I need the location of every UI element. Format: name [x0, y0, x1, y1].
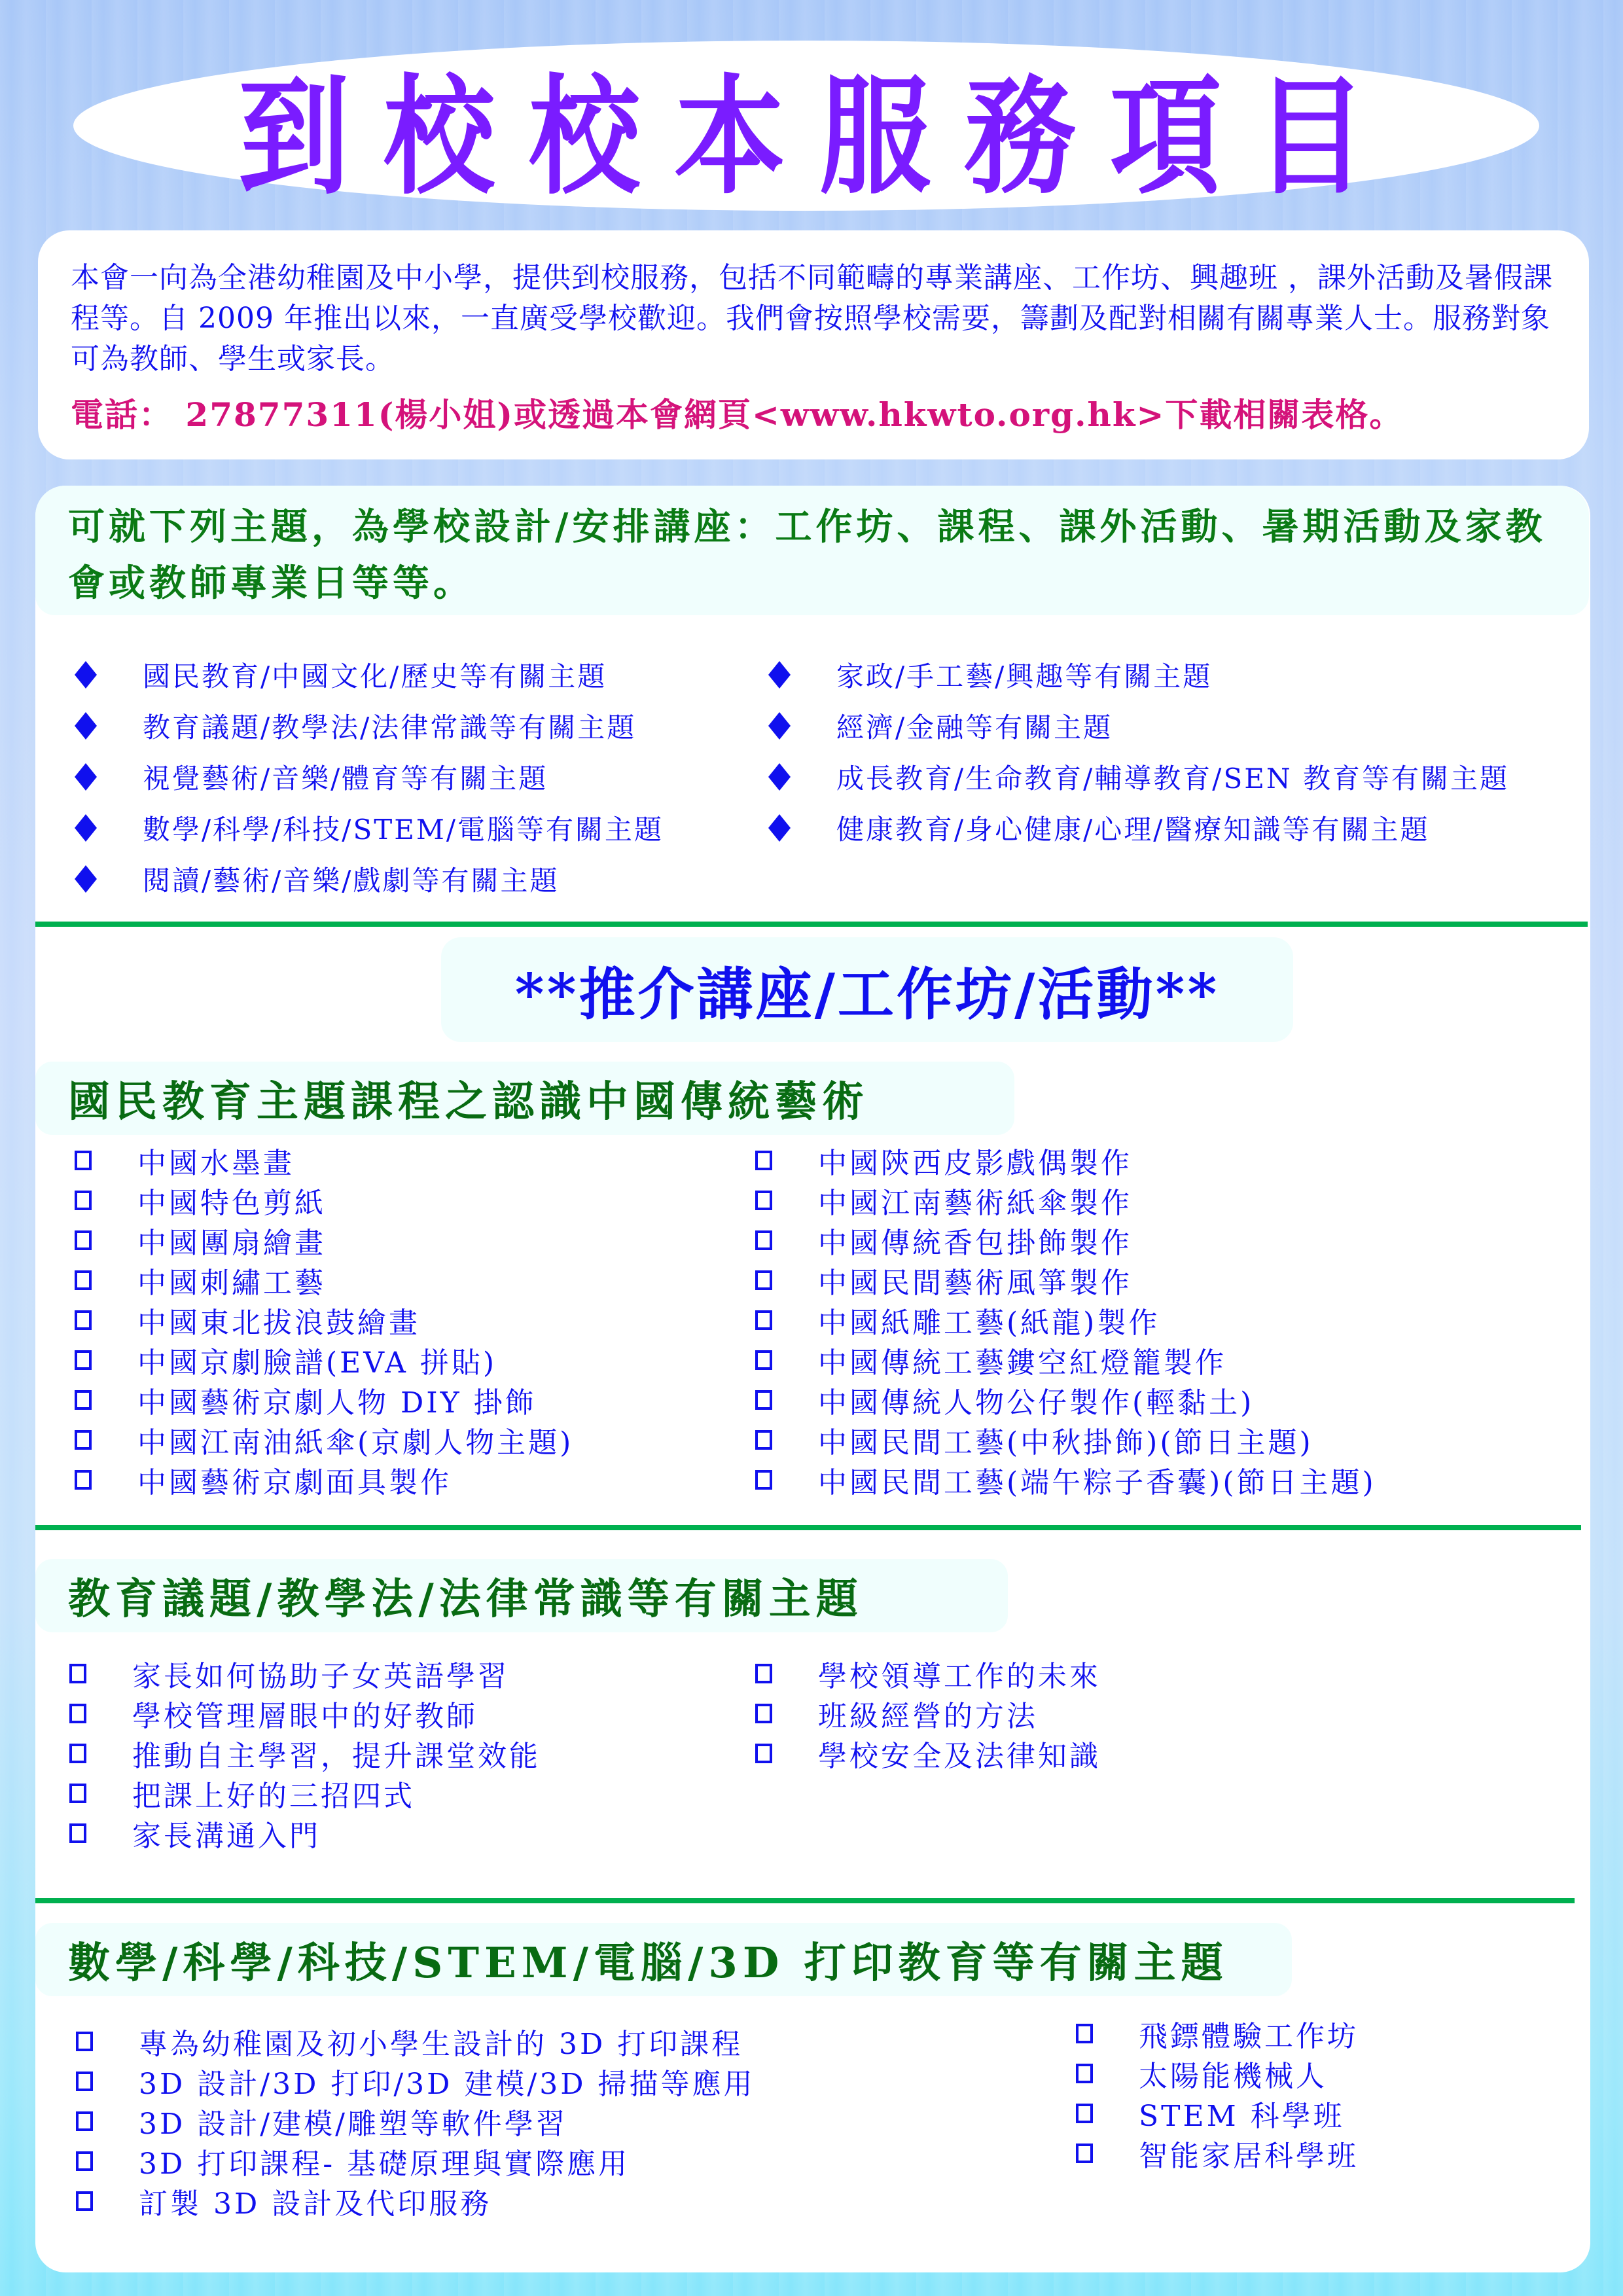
list-item: 家長如何協助子女英語學習	[69, 1653, 541, 1693]
section-heading: 數學/科學/科技/STEM/電腦/3D 打印教育等有關主題	[68, 1929, 1228, 1990]
diamond-bullet-icon	[768, 763, 791, 791]
topic-item: 成長教育/生命教育/輔導教育/SEN 教育等有關主題	[768, 751, 1509, 802]
section-heading-panel: 數學/科學/科技/STEM/電腦/3D 打印教育等有關主題	[35, 1923, 1292, 1996]
checkbox-icon	[755, 1230, 772, 1250]
topic-item: 閱讀/藝術/音樂/戲劇等有關主題	[75, 853, 664, 905]
checkbox-icon	[755, 1470, 772, 1490]
intro-panel: 本會一向為全港幼稚園及中小學，提供到校服務，包括不同範疇的專業講座、工作坊、興趣…	[38, 230, 1589, 459]
list-item: 學校領導工作的未來	[755, 1653, 1101, 1693]
topics-list-right: 家政/手工藝/興趣等有關主題 經濟/金融等有關主題 成長教育/生命教育/輔導教育…	[768, 649, 1509, 853]
checkbox-icon	[755, 1310, 772, 1330]
section-3-list-left: 專為幼稚園及初小學生設計的 3D 打印課程 3D 設計/3D 打印/3D 建模/…	[76, 2021, 755, 2221]
checkbox-icon	[75, 1191, 92, 1210]
intro-paragraph: 本會一向為全港幼稚園及中小學，提供到校服務，包括不同範疇的專業講座、工作坊、興趣…	[71, 258, 1569, 380]
recommended-banner: **推介講座/工作坊/活動**	[441, 937, 1293, 1042]
list-item: STEM 科學班	[1076, 2093, 1359, 2133]
topics-heading-panel: 可就下列主題，為學校設計/安排講座：工作坊、課程、課外活動、暑期活動及家教會或教…	[35, 486, 1589, 615]
list-item: 推動自主學習，提升課堂效能	[69, 1733, 541, 1773]
checkbox-icon	[75, 1230, 92, 1250]
list-item: 中國水墨畫	[75, 1140, 573, 1180]
list-item: 中國民間工藝(中秋掛飾)(節日主題)	[755, 1420, 1376, 1460]
diamond-bullet-icon	[75, 661, 97, 689]
list-item: 中國刺繡工藝	[75, 1260, 573, 1300]
list-item: 訂製 3D 設計及代印服務	[76, 2181, 755, 2221]
title-banner: 到校校本服務項目	[73, 41, 1539, 211]
list-item: 中國紙雕工藝(紙龍)製作	[755, 1300, 1376, 1340]
diamond-bullet-icon	[768, 814, 791, 842]
list-item: 中國江南油紙傘(京劇人物主題)	[75, 1420, 573, 1460]
checkbox-icon	[755, 1664, 772, 1683]
list-item: 中國團扇繪畫	[75, 1220, 573, 1260]
list-item: 中國傳統工藝鏤空紅燈籠製作	[755, 1340, 1376, 1380]
checkbox-icon	[75, 1430, 92, 1450]
checkbox-icon	[69, 1664, 86, 1683]
topic-item: 經濟/金融等有關主題	[768, 700, 1509, 751]
list-item: 中國陝西皮影戲偶製作	[755, 1140, 1376, 1180]
list-item: 中國京劇臉譜(EVA 拼貼)	[75, 1340, 573, 1380]
checkbox-icon	[75, 1151, 92, 1170]
checkbox-icon	[75, 1270, 92, 1290]
checkbox-icon	[1076, 2144, 1093, 2163]
diamond-bullet-icon	[768, 661, 791, 689]
section-1-list-left: 中國水墨畫 中國特色剪紙 中國團扇繪畫 中國刺繡工藝 中國東北拔浪鼓繪畫 中國京…	[75, 1140, 573, 1499]
checkbox-icon	[755, 1744, 772, 1763]
checkbox-icon	[69, 1744, 86, 1763]
section-divider	[35, 922, 1588, 927]
checkbox-icon	[75, 1470, 92, 1490]
checkbox-icon	[755, 1151, 772, 1170]
checkbox-icon	[75, 1310, 92, 1330]
checkbox-icon	[69, 1704, 86, 1723]
page-title: 到校校本服務項目	[238, 33, 1400, 218]
diamond-bullet-icon	[768, 712, 791, 740]
list-item: 學校管理層眼中的好教師	[69, 1693, 541, 1733]
list-item: 太陽能機械人	[1076, 2053, 1359, 2093]
list-item: 3D 設計/3D 打印/3D 建模/3D 掃描等應用	[76, 2061, 755, 2101]
section-heading: 教育議題/教學法/法律常識等有關主題	[68, 1566, 863, 1626]
topic-item: 國民教育/中國文化/歷史等有關主題	[75, 649, 664, 700]
checkbox-icon	[755, 1430, 772, 1450]
checkbox-icon	[69, 1823, 86, 1843]
checkbox-icon	[76, 2111, 93, 2131]
checkbox-icon	[76, 2072, 93, 2091]
checkbox-icon	[76, 2151, 93, 2171]
list-item: 飛鏢體驗工作坊	[1076, 2013, 1359, 2053]
section-heading-panel: 教育議題/教學法/法律常識等有關主題	[35, 1559, 1008, 1632]
list-item: 家長溝通入門	[69, 1813, 541, 1853]
list-item: 專為幼稚園及初小學生設計的 3D 打印課程	[76, 2021, 755, 2061]
checkbox-icon	[69, 1784, 86, 1803]
diamond-bullet-icon	[75, 712, 97, 740]
checkbox-icon	[1076, 2064, 1093, 2083]
list-item: 學校安全及法律知識	[755, 1733, 1101, 1773]
main-panel: 可就下列主題，為學校設計/安排講座：工作坊、課程、課外活動、暑期活動及家教會或教…	[35, 486, 1590, 2272]
section-2-list-right: 學校領導工作的未來 班級經營的方法 學校安全及法律知識	[755, 1653, 1101, 1773]
topic-item: 視覺藝術/音樂/體育等有關主題	[75, 751, 664, 802]
section-divider	[35, 1898, 1575, 1903]
list-item: 中國傳統人物公仔製作(輕黏土)	[755, 1380, 1376, 1420]
list-item: 3D 設計/建模/雕塑等軟件學習	[76, 2101, 755, 2141]
topics-heading: 可就下列主題，為學校設計/安排講座：工作坊、課程、課外活動、暑期活動及家教會或教…	[68, 499, 1573, 611]
checkbox-icon	[755, 1270, 772, 1290]
section-heading: 國民教育主題課程之認識中國傳統藝術	[68, 1068, 869, 1128]
list-item: 中國東北拔浪鼓繪畫	[75, 1300, 573, 1340]
diamond-bullet-icon	[75, 865, 97, 893]
checkbox-icon	[76, 2032, 93, 2051]
list-item: 中國江南藝術紙傘製作	[755, 1180, 1376, 1220]
checkbox-icon	[75, 1350, 92, 1370]
list-item: 中國傳統香包掛飾製作	[755, 1220, 1376, 1260]
section-divider	[35, 1525, 1581, 1530]
checkbox-icon	[755, 1350, 772, 1370]
diamond-bullet-icon	[75, 814, 97, 842]
checkbox-icon	[1076, 2104, 1093, 2123]
section-3-list-right: 飛鏢體驗工作坊 太陽能機械人 STEM 科學班 智能家居科學班	[1076, 2013, 1359, 2173]
checkbox-icon	[755, 1191, 772, 1210]
list-item: 智能家居科學班	[1076, 2133, 1359, 2173]
section-heading-panel: 國民教育主題課程之認識中國傳統藝術	[35, 1062, 1014, 1135]
checkbox-icon	[75, 1390, 92, 1410]
checkbox-icon	[755, 1704, 772, 1723]
topic-item: 家政/手工藝/興趣等有關主題	[768, 649, 1509, 700]
list-item: 中國特色剪紙	[75, 1180, 573, 1220]
checkbox-icon	[76, 2191, 93, 2211]
section-2-list-left: 家長如何協助子女英語學習 學校管理層眼中的好教師 推動自主學習，提升課堂效能 把…	[69, 1653, 541, 1853]
topic-item: 健康教育/身心健康/心理/醫療知識等有關主題	[768, 802, 1509, 853]
list-item: 中國藝術京劇人物 DIY 掛飾	[75, 1380, 573, 1420]
topics-list-left: 國民教育/中國文化/歷史等有關主題 教育議題/教學法/法律常識等有關主題 視覺藝…	[75, 649, 664, 905]
topic-item: 教育議題/教學法/法律常識等有關主題	[75, 700, 664, 751]
list-item: 3D 打印課程- 基礎原理與實際應用	[76, 2141, 755, 2181]
checkbox-icon	[755, 1390, 772, 1410]
list-item: 班級經營的方法	[755, 1693, 1101, 1733]
contact-line: 電話： 27877311(楊小姐)或透過本會網頁<www.hkwto.org.h…	[71, 389, 1576, 436]
recommended-heading: **推介講座/工作坊/活動**	[515, 949, 1220, 1030]
list-item: 把課上好的三招四式	[69, 1773, 541, 1813]
checkbox-icon	[1076, 2024, 1093, 2043]
topic-item: 數學/科學/科技/STEM/電腦等有關主題	[75, 802, 664, 853]
diamond-bullet-icon	[75, 763, 97, 791]
list-item: 中國民間工藝(端午粽子香囊)(節日主題)	[755, 1460, 1376, 1499]
list-item: 中國藝術京劇面具製作	[75, 1460, 573, 1499]
list-item: 中國民間藝術風箏製作	[755, 1260, 1376, 1300]
section-1-list-right: 中國陝西皮影戲偶製作 中國江南藝術紙傘製作 中國傳統香包掛飾製作 中國民間藝術風…	[755, 1140, 1376, 1499]
